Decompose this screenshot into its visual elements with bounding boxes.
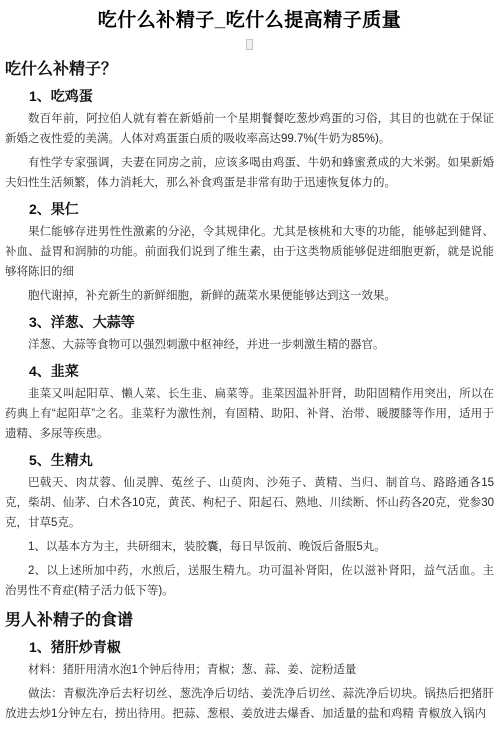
page-title: 吃什么补精子_吃什么提高精子质量 [5,8,494,33]
item-heading-shengjingwan: 5、生精丸 [29,451,494,469]
paragraph: 做法：青椒洗净后去籽切丝、葱洗净后切结、姜洗净后切丝、蒜洗净后切块。锅热后把猪肝… [5,684,494,724]
item-heading-porkliver: 1、猪肝炒青椒 [29,638,494,656]
paragraph: 材料：猪肝用清水泡1个钟后待用；青椒；葱、蒜、姜、淀粉适量 [5,660,494,680]
item-heading-nuts: 2、果仁 [29,200,494,218]
broken-image-placeholder-icon [246,39,253,50]
paragraph: 果仁能够存进男性性激素的分泌，令其规律化。尤其是核桃和大枣的功能，能够起到健肾、… [5,222,494,282]
paragraph: 胞代谢掉，补充新生的新鲜细胞，新鲜的蔬菜水果便能够达到这一效果。 [5,286,494,306]
paragraph: 1、以基本方为主，共研细末，装胶囊，每日早饭前、晚饭后备服5丸。 [5,537,494,557]
paragraph: 巴戟天、肉苁蓉、仙灵脾、菟丝子、山萸肉、沙苑子、黄精、当归、制首乌、路路通各15… [5,473,494,533]
paragraph: 有性学专家强调，夫妻在同房之前，应该多喝由鸡蛋、牛奶和蜂蜜煮成的大米粥。如果新婚… [5,153,494,193]
paragraph: 2、以上述所加中药，水煎后，送服生精九。功可温补肾阳，佐以滋补肾阳，益气活血。主… [5,561,494,601]
paragraph: 洋葱、大蒜等食物可以强烈刺激中枢神经，并进一步刺激生精的器官。 [5,335,494,355]
section-heading-what-to-eat: 吃什么补精子？ [5,60,494,80]
section-heading-recipes: 男人补精子的食谱 [5,611,494,631]
item-heading-leek: 4、韭菜 [29,362,494,380]
article-page: 吃什么补精子_吃什么提高精子质量 吃什么补精子？ 1、吃鸡蛋 数百年前，阿拉伯人… [0,0,500,730]
paragraph: 数百年前，阿拉伯人就有着在新婚前一个星期餐餐吃葱炒鸡蛋的习俗，其目的也就在于保证… [5,109,494,149]
paragraph: 韭菜又叫起阳草、懒人菜、长生韭、扁菜等。韭菜因温补肝肾，助阳固精作用突出，所以在… [5,384,494,444]
item-heading-egg: 1、吃鸡蛋 [29,87,494,105]
item-heading-onion-garlic: 3、洋葱、大蒜等 [29,313,494,331]
